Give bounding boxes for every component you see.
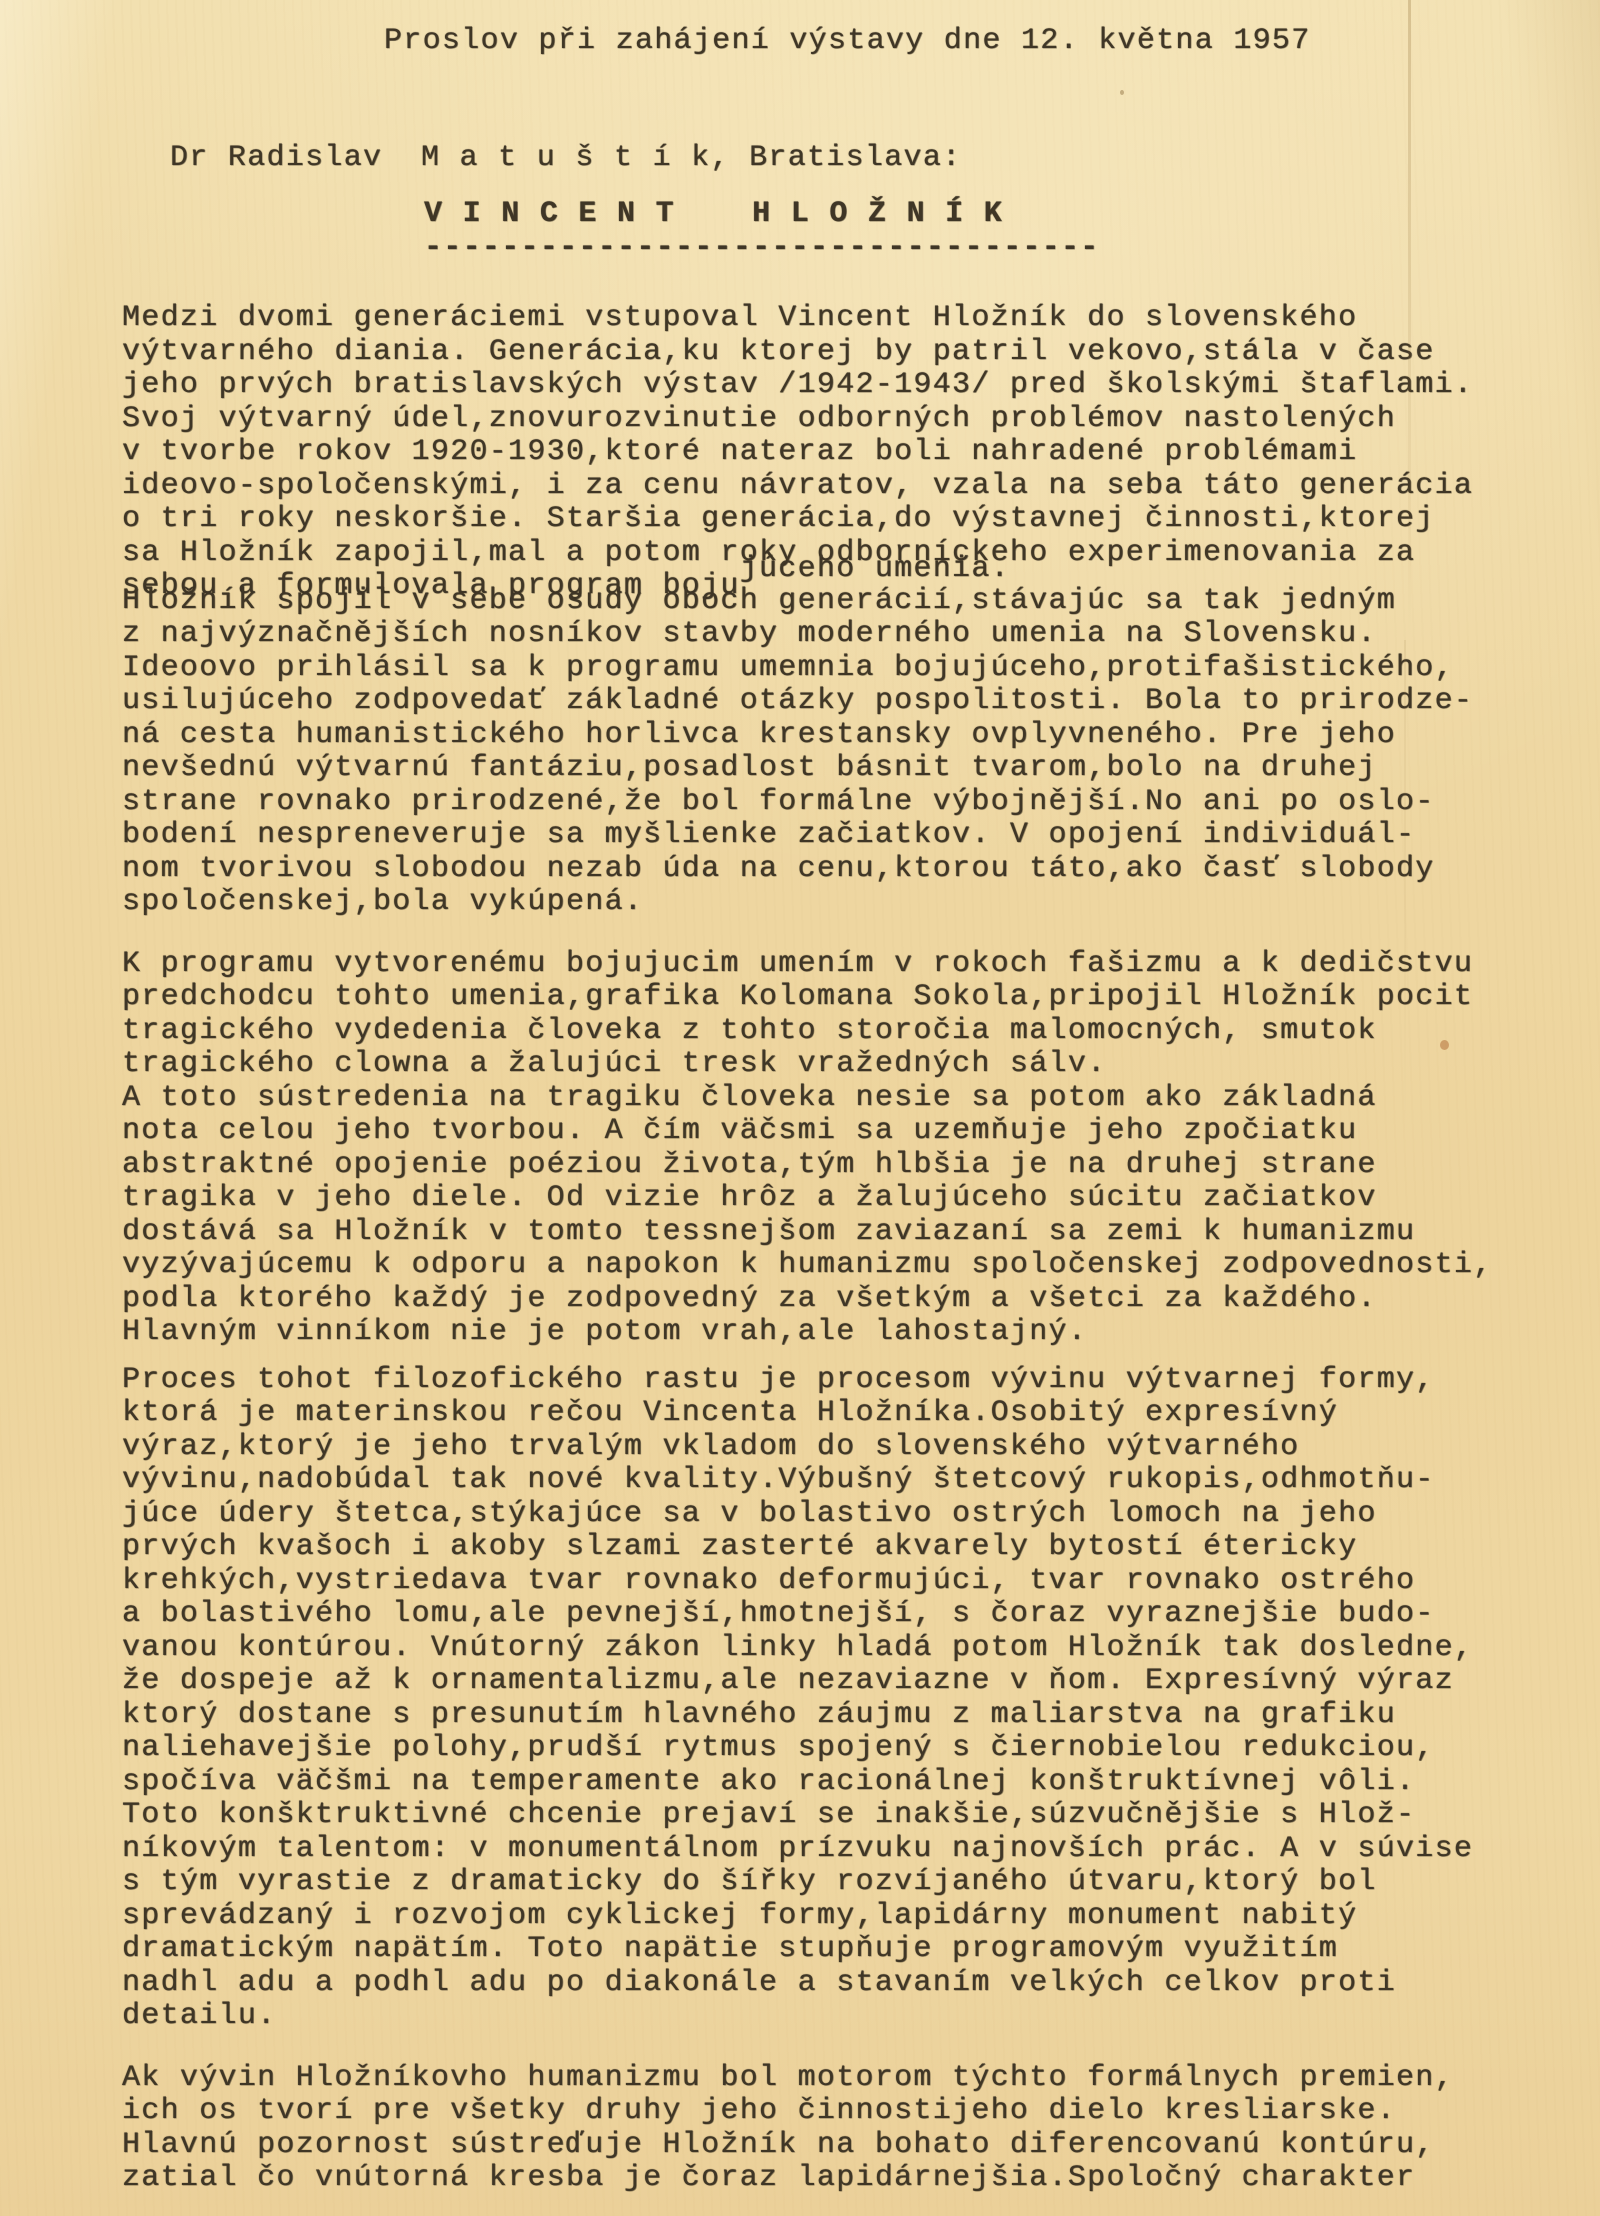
- text-line: nadhl adu a podhl adu po diakonále a sta…: [122, 1967, 1562, 2001]
- document-header-title: Proslov při zahájení výstavy dne 12. kvě…: [384, 24, 1311, 58]
- text-line: že dospeje až k ornamentalizmu,ale nezav…: [122, 1665, 1562, 1699]
- artist-name-title: V I N C E N T H L O Ž N Í K: [424, 197, 1003, 231]
- text-line: ktorý dostane s presunutím hlavného záuj…: [122, 1699, 1562, 1733]
- text-line: Ideoovo prihlásil sa k programu umemnia …: [122, 652, 1562, 686]
- text-line: nom tvorivou slobodou nezab úda na cenu,…: [122, 853, 1562, 887]
- scanned-typewritten-page: Proslov při zahájení výstavy dne 12. kvě…: [0, 0, 1600, 2216]
- paragraph-3: Proces tohot filozofického rastu je proc…: [122, 1364, 1562, 2034]
- author-byline: Dr Radislav M a t u š t í k, Bratislava:: [170, 141, 961, 175]
- text-line: dostává sa Hložník v tomto tessnejšom za…: [122, 1216, 1562, 1250]
- text-line: detailu.: [122, 2000, 1562, 2034]
- text-line: A toto sústredenia na tragiku človeka ne…: [122, 1082, 1562, 1116]
- text-line: vývinu,nadobúdal tak nové kvality.Výbušn…: [122, 1464, 1562, 1498]
- paragraph-4: Ak vývin Hložníkovho humanizmu bol motor…: [122, 2062, 1562, 2196]
- text-line: usilujúceho zodpovedať základné otázky p…: [122, 685, 1562, 719]
- title-underline-dashes: -----------------------------------: [424, 231, 1100, 265]
- paragraph-1: Medzi dvomi generáciemi vstupoval Vincen…: [122, 302, 1562, 920]
- paper-crease-lower: [1404, 640, 1406, 1140]
- text-line: v tvorbe rokov 1920-1930,ktoré nateraz b…: [122, 436, 1562, 470]
- text-line: podla ktorého každý je zodpovedný za vše…: [122, 1283, 1562, 1317]
- text-line: bodení nespreneveruje sa myšlienke začia…: [122, 819, 1562, 853]
- text-line: výraz,ktorý je jeho trvalým vkladom do s…: [122, 1431, 1562, 1465]
- text-line: sprevádzaný i rozvojom cyklickej formy,l…: [122, 1900, 1562, 1934]
- ink-speck: [1440, 1040, 1449, 1050]
- text-line: Svoj výtvarný údel,znovurozvinutie odbor…: [122, 403, 1562, 437]
- text-line: Hložník spojil v sebe osudy oboch generá…: [122, 585, 1562, 619]
- text-line: Toto konšktruktivné chcenie prejaví se i…: [122, 1799, 1562, 1833]
- text-line: s tým vyrastie z dramaticky do šířky roz…: [122, 1866, 1562, 1900]
- text-line: vyzývajúcemu k odporu a napokon k humani…: [122, 1249, 1562, 1283]
- text-line: vanou kontúrou. Vnútorný zákon linky hla…: [122, 1632, 1562, 1666]
- text-line: o tri roky neskoršie. Staršia generácia,…: [122, 503, 1562, 537]
- text-line: Proces tohot filozofického rastu je proc…: [122, 1364, 1562, 1398]
- text-line: níkovým talentom: v monumentálnom prízvu…: [122, 1833, 1562, 1867]
- text-line: zatial čo vnútorná kresba je čoraz lapid…: [122, 2162, 1562, 2196]
- text-line: ich os tvorí pre všetky druhy jeho činno…: [122, 2095, 1562, 2129]
- paper-crease: [1408, 0, 1411, 640]
- text-line: z najvýznačnějších nosníkov stavby moder…: [122, 618, 1562, 652]
- text-line: tragického clowna a žalujúci tresk vraže…: [122, 1048, 1562, 1082]
- text-line: spoločenskej,bola vykúpená.: [122, 886, 1562, 920]
- text-line: predchodcu tohto umenia,grafika Kolomana…: [122, 981, 1562, 1015]
- text-line: a bolastivého lomu,ale pevnejší,hmotnejš…: [122, 1598, 1562, 1632]
- text-line: krehkých,vystriedava tvar rovnako deform…: [122, 1565, 1562, 1599]
- text-line: ná cesta humanistického horlivca krestan…: [122, 719, 1562, 753]
- text-line: tragického vydedenia človeka z tohto sto…: [122, 1015, 1562, 1049]
- text-line: ideovo-spoločenskými, i za cenu návratov…: [122, 470, 1562, 504]
- ink-speck-small: [1120, 90, 1124, 95]
- text-line: prvých kvašoch i akoby slzami zasterté a…: [122, 1531, 1562, 1565]
- text-line: Hlavnú pozornost sústreďuje Hložník na b…: [122, 2129, 1562, 2163]
- text-line: nevšednú výtvarnú fantáziu,posadlost bás…: [122, 752, 1562, 786]
- document-body: Medzi dvomi generáciemi vstupoval Vincen…: [122, 302, 1562, 2196]
- text-line: ktorá je materinskou rečou Vincenta Hlož…: [122, 1397, 1562, 1431]
- text-line: Ak vývin Hložníkovho humanizmu bol motor…: [122, 2062, 1562, 2096]
- text-line: strane rovnako prirodzené,že bol formáln…: [122, 786, 1562, 820]
- text-line: júce údery štetca,stýkajúce sa v bolasti…: [122, 1498, 1562, 1532]
- text-line: Hlavným vinníkom nie je potom vrah,ale l…: [122, 1316, 1562, 1350]
- text-line: nota celou jeho tvorbou. A čím väčsmi sa…: [122, 1115, 1562, 1149]
- text-line: naliehavejšie polohy,prudší rytmus spoje…: [122, 1732, 1562, 1766]
- text-line: abstraktné opojenie poéziou života,tým h…: [122, 1149, 1562, 1183]
- text-line: Medzi dvomi generáciemi vstupoval Vincen…: [122, 302, 1562, 336]
- paragraph-2: K programu vytvorenému bojujucim umením …: [122, 948, 1562, 1350]
- raised-correction-text: júceho umenia.: [740, 552, 1010, 586]
- text-line: jeho prvých bratislavských výstav /1942-…: [122, 369, 1562, 403]
- text-line: K programu vytvorenému bojujucim umením …: [122, 948, 1562, 982]
- text-line: výtvarného diania. Generácia,ku ktorej b…: [122, 336, 1562, 370]
- text-line: spočíva väčšmi na temperamente ako racio…: [122, 1766, 1562, 1800]
- text-line: tragika v jeho diele. Od vizie hrôz a ža…: [122, 1182, 1562, 1216]
- text-line: dramatickým napätím. Toto napätie stupňu…: [122, 1933, 1562, 1967]
